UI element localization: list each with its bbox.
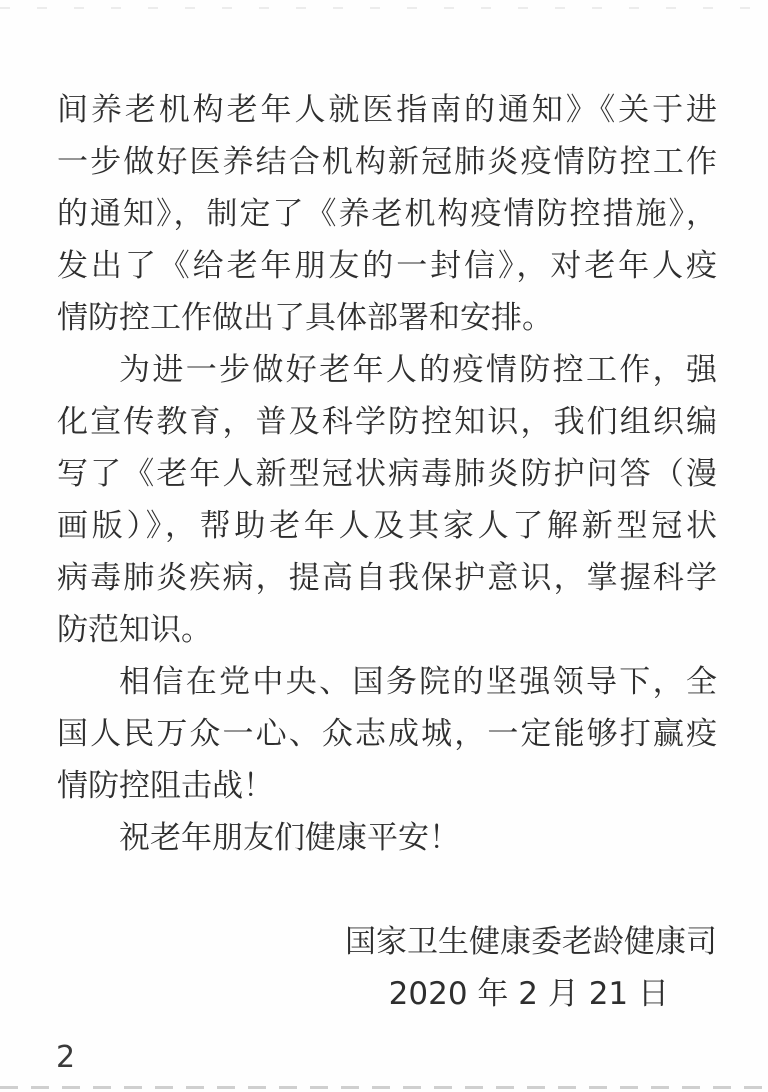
text-line: 病毒肺炎疾病，提高自我保护意识，掌握科学: [57, 552, 717, 604]
paragraph: 间养老机构老年人就医指南的通知》《关于进 一步做好医养结合机构新冠肺炎疫情防控工…: [57, 84, 717, 344]
text-line: 间养老机构老年人就医指南的通知》《关于进: [57, 84, 717, 136]
bottom-perforation-line: [0, 1086, 768, 1089]
text-line: 为进一步做好老年人的疫情防控工作，强: [57, 344, 717, 396]
paragraph: 祝老年朋友们健康平安！: [57, 812, 717, 864]
text-line: 祝老年朋友们健康平安！: [57, 812, 717, 864]
text-line: 一步做好医养结合机构新冠肺炎疫情防控工作: [57, 136, 717, 188]
date-line: 2020 年 2 月 21 日: [57, 968, 717, 1020]
blank-line: [57, 864, 717, 916]
paragraph: 为进一步做好老年人的疫情防控工作，强 化宣传教育，普及科学防控知识，我们组织编 …: [57, 344, 717, 656]
top-perforation-line: [0, 7, 768, 9]
text-line: 国人民万众一心、众志成城，一定能够打赢疫: [57, 708, 717, 760]
text-line: 发出了《给老年朋友的一封信》，对老年人疫: [57, 240, 717, 292]
text-line: 相信在党中央、国务院的坚强领导下，全: [57, 656, 717, 708]
paragraph: 相信在党中央、国务院的坚强领导下，全 国人民万众一心、众志成城，一定能够打赢疫 …: [57, 656, 717, 812]
text-line: 画版）》，帮助老年人及其家人了解新型冠状: [57, 500, 717, 552]
text-line: 化宣传教育，普及科学防控知识，我们组织编: [57, 396, 717, 448]
page-number: 2: [56, 1038, 75, 1078]
signature-line: 国家卫生健康委老龄健康司: [57, 916, 717, 968]
body-text: 间养老机构老年人就医指南的通知》《关于进 一步做好医养结合机构新冠肺炎疫情防控工…: [57, 84, 717, 1020]
text-line: 情防控阻击战！: [57, 760, 717, 812]
text-line: 情防控工作做出了具体部署和安排。: [57, 292, 717, 344]
text-line: 防范知识。: [57, 604, 717, 656]
text-line: 的通知》，制定了《养老机构疫情防控措施》，: [57, 188, 717, 240]
text-line: 写了《老年人新型冠状病毒肺炎防护问答（漫: [57, 448, 717, 500]
